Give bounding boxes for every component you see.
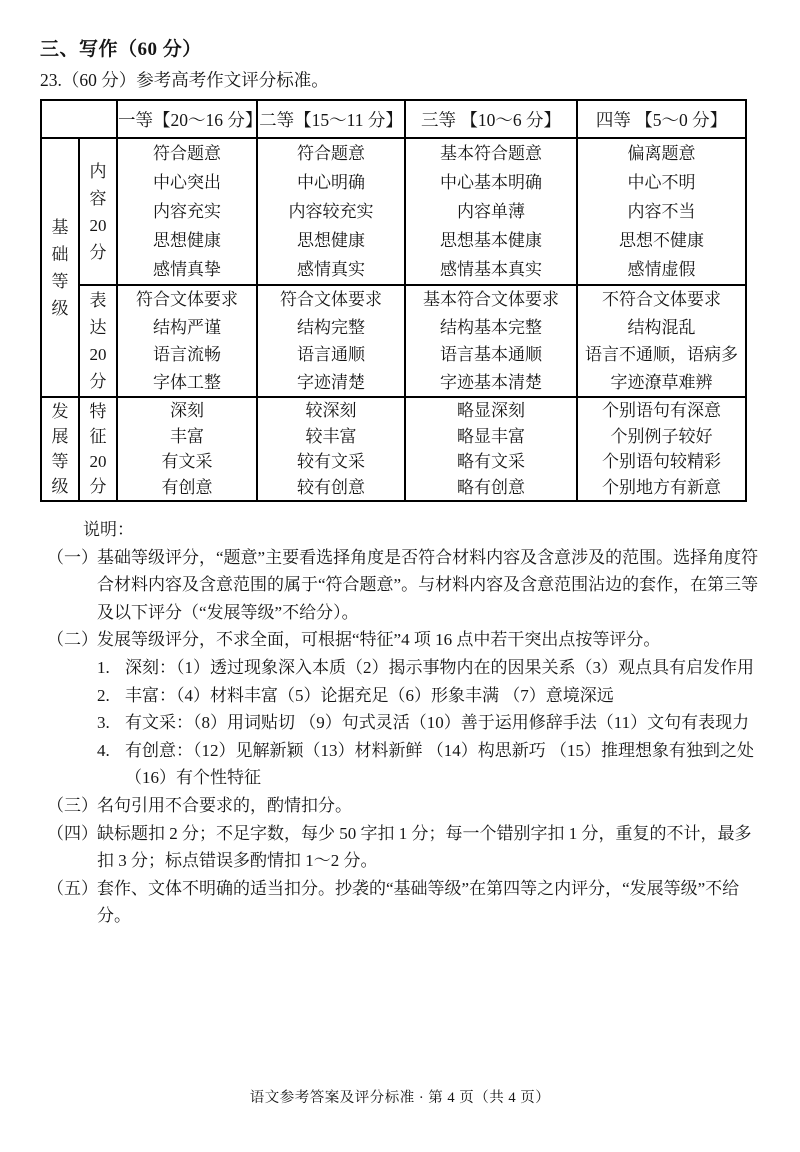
note-text: 套作、文体不明确的适当扣分。抄袭的“基础等级”在第四等之内评分，“发展等级”不给… <box>97 879 739 926</box>
rubric-cell: 符合文体要求 结构完整 语言通顺 字迹清楚 <box>257 285 405 397</box>
question-line: 23.（60 分）参考高考作文评分标准。 <box>40 68 760 92</box>
label-char: 20 <box>80 341 116 368</box>
criteria-line: 感情真挚 <box>118 255 256 284</box>
subnote-text: 丰富：（4）材料丰富（5）论据充足（6）形象丰满 （7）意境深远 <box>125 686 614 705</box>
rubric-cell: 偏离题意 中心不明 内容不当 思想不健康 感情虚假 <box>577 138 746 285</box>
note-item-4: （四）缺标题扣 2 分；不足字数，每少 50 字扣 1 分；每一个错别字扣 1 … <box>47 820 760 875</box>
criteria-line: 字体工整 <box>118 369 256 397</box>
label-char: 表 <box>80 287 116 314</box>
criteria-line: 结构基本完整 <box>406 314 576 342</box>
subnote-item-2: 2. 丰富：（4）材料丰富（5）论据充足（6）形象丰满 （7）意境深远 <box>97 682 760 710</box>
note-item-5: （五）套作、文体不明确的适当扣分。抄袭的“基础等级”在第四等之内评分，“发展等级… <box>47 875 760 930</box>
note-text: 名句引用不合要求的，酌情扣分。 <box>97 796 352 815</box>
criteria-line: 符合文体要求 <box>118 286 256 314</box>
criteria-line: 语言不通顺，语病多 <box>578 341 745 369</box>
criteria-line: 个别地方有新意 <box>578 475 745 501</box>
note-label: （一） <box>47 544 97 572</box>
note-label: （二） <box>47 626 97 654</box>
subnote-item-4: 4. 有创意：（12）见解新颖（13）材料新鲜 （14）构思新巧 （15）推理想… <box>97 737 760 792</box>
criteria-line: 个别语句有深意 <box>578 398 745 424</box>
rubric-row-feature: 发 展 等 级 特 征 20 分 深刻 丰富 有文采 有创意 较深刻 较丰富 较… <box>41 397 746 501</box>
grade-header-3: 三等 【10～6 分】 <box>405 100 577 138</box>
criteria-line: 基本符合题意 <box>406 139 576 168</box>
rubric-cell: 较深刻 较丰富 较有文采 较有创意 <box>257 397 405 501</box>
criteria-line: 结构完整 <box>258 314 404 342</box>
criteria-line: 思想不健康 <box>578 226 745 255</box>
page-footer: 语文参考答案及评分标准 · 第 4 页（共 4 页） <box>0 1086 800 1107</box>
note-item-1: （一）基础等级评分，“题意”主要看选择角度是否符合材料内容及含意涉及的范围。选择… <box>47 544 760 627</box>
sub-label-expression: 表 达 20 分 <box>79 285 117 397</box>
note-item-2: （二）发展等级评分，不求全面，可根据“特征”4 项 16 点中若干突出点按等评分… <box>47 626 760 654</box>
rubric-cell: 深刻 丰富 有文采 有创意 <box>117 397 257 501</box>
criteria-line: 略有文采 <box>406 449 576 475</box>
criteria-line: 字迹基本清楚 <box>406 369 576 397</box>
criteria-line: 略显深刻 <box>406 398 576 424</box>
criteria-line: 思想健康 <box>258 226 404 255</box>
criteria-line: 语言流畅 <box>118 341 256 369</box>
criteria-line: 感情虚假 <box>578 255 745 284</box>
criteria-line: 略有创意 <box>406 475 576 501</box>
criteria-line: 字迹清楚 <box>258 369 404 397</box>
label-char: 20 <box>80 449 116 474</box>
rubric-cell: 符合题意 中心明确 内容较充实 思想健康 感情真实 <box>257 138 405 285</box>
subnote-number: 3. <box>97 709 125 737</box>
criteria-line: 语言通顺 <box>258 341 404 369</box>
notes-heading: 说明： <box>47 516 760 544</box>
rubric-row-content: 基 础 等 级 内 容 20 分 符合题意 中心突出 内容充实 思想健康 感情真… <box>41 138 746 285</box>
criteria-line: 不符合文体要求 <box>578 286 745 314</box>
rubric-header-row: 一等【20～16 分】 二等【15～11 分】 三等 【10～6 分】 四等 【… <box>41 100 746 138</box>
label-char: 等 <box>42 449 78 474</box>
criteria-line: 基本符合文体要求 <box>406 286 576 314</box>
criteria-line: 有创意 <box>118 475 256 501</box>
grade-header-1: 一等【20～16 分】 <box>117 100 257 138</box>
sub-label-content: 内 容 20 分 <box>79 138 117 285</box>
criteria-line: 内容单薄 <box>406 197 576 226</box>
rubric-cell: 不符合文体要求 结构混乱 语言不通顺，语病多 字迹潦草难辨 <box>577 285 746 397</box>
note-label: （五） <box>47 875 97 903</box>
sub-label-feature: 特 征 20 分 <box>79 397 117 501</box>
document-page: 三、写作（60 分） 23.（60 分）参考高考作文评分标准。 一等【20～16… <box>0 0 800 930</box>
criteria-line: 字迹潦草难辨 <box>578 369 745 397</box>
criteria-line: 较深刻 <box>258 398 404 424</box>
criteria-line: 较有文采 <box>258 449 404 475</box>
label-char: 内 <box>80 158 116 185</box>
criteria-line: 语言基本通顺 <box>406 341 576 369</box>
criteria-line: 思想健康 <box>118 226 256 255</box>
group-label-basic: 基 础 等 级 <box>41 138 79 397</box>
label-char: 分 <box>80 474 116 499</box>
criteria-line: 中心基本明确 <box>406 168 576 197</box>
label-char: 发 <box>42 399 78 424</box>
criteria-line: 中心突出 <box>118 168 256 197</box>
corner-cell <box>41 100 117 138</box>
subnote-number: 1. <box>97 654 125 682</box>
criteria-line: 深刻 <box>118 398 256 424</box>
rubric-cell: 基本符合题意 中心基本明确 内容单薄 思想基本健康 感情基本真实 <box>405 138 577 285</box>
label-char: 征 <box>80 424 116 449</box>
criteria-line: 中心不明 <box>578 168 745 197</box>
criteria-line: 偏离题意 <box>578 139 745 168</box>
criteria-line: 符合文体要求 <box>258 286 404 314</box>
note-label: （四） <box>47 820 97 848</box>
label-char: 展 <box>42 424 78 449</box>
section-title: 三、写作（60 分） <box>40 38 760 62</box>
label-char: 级 <box>42 474 78 499</box>
rubric-cell: 略显深刻 略显丰富 略有文采 略有创意 <box>405 397 577 501</box>
note-item-3: （三）名句引用不合要求的，酌情扣分。 <box>47 792 760 820</box>
rubric-cell: 符合题意 中心突出 内容充实 思想健康 感情真挚 <box>117 138 257 285</box>
criteria-line: 内容较充实 <box>258 197 404 226</box>
subnote-item-1: 1. 深刻：（1）透过现象深入本质（2）揭示事物内在的因果关系（3）观点具有启发… <box>97 654 760 682</box>
criteria-line: 感情真实 <box>258 255 404 284</box>
rubric-table: 一等【20～16 分】 二等【15～11 分】 三等 【10～6 分】 四等 【… <box>40 99 747 502</box>
grade-header-2: 二等【15～11 分】 <box>257 100 405 138</box>
label-char: 20 <box>80 212 116 239</box>
label-char: 基 <box>42 214 78 241</box>
rubric-cell: 符合文体要求 结构严谨 语言流畅 字体工整 <box>117 285 257 397</box>
criteria-line: 个别语句较精彩 <box>578 449 745 475</box>
rubric-cell: 基本符合文体要求 结构基本完整 语言基本通顺 字迹基本清楚 <box>405 285 577 397</box>
label-char: 达 <box>80 314 116 341</box>
rubric-cell: 个别语句有深意 个别例子较好 个别语句较精彩 个别地方有新意 <box>577 397 746 501</box>
grade-header-4: 四等 【5～0 分】 <box>577 100 746 138</box>
criteria-line: 内容充实 <box>118 197 256 226</box>
criteria-line: 符合题意 <box>118 139 256 168</box>
note-text: 基础等级评分，“题意”主要看选择角度是否符合材料内容及含意涉及的范围。选择角度符… <box>97 548 758 622</box>
subnote-number: 2. <box>97 682 125 710</box>
subnote-text: 有创意：（12）见解新颖（13）材料新鲜 （14）构思新巧 （15）推理想象有独… <box>125 741 754 788</box>
criteria-line: 感情基本真实 <box>406 255 576 284</box>
criteria-line: 丰富 <box>118 424 256 450</box>
group-label-development: 发 展 等 级 <box>41 397 79 501</box>
label-char: 特 <box>80 399 116 424</box>
subnote-item-3: 3. 有文采：（8）用词贴切 （9）句式灵活（10）善于运用修辞手法（11）文句… <box>97 709 760 737</box>
note-text: 发展等级评分，不求全面，可根据“特征”4 项 16 点中若干突出点按等评分。 <box>97 630 660 649</box>
criteria-line: 结构严谨 <box>118 314 256 342</box>
criteria-line: 中心明确 <box>258 168 404 197</box>
rubric-row-expression: 表 达 20 分 符合文体要求 结构严谨 语言流畅 字体工整 符合文体要求 结构… <box>41 285 746 397</box>
label-char: 容 <box>80 185 116 212</box>
criteria-line: 符合题意 <box>258 139 404 168</box>
criteria-line: 略显丰富 <box>406 424 576 450</box>
label-char: 分 <box>80 368 116 395</box>
criteria-line: 思想基本健康 <box>406 226 576 255</box>
note-text: 缺标题扣 2 分；不足字数，每少 50 字扣 1 分；每一个错别字扣 1 分，重… <box>97 824 752 871</box>
criteria-line: 较有创意 <box>258 475 404 501</box>
label-char: 等 <box>42 268 78 295</box>
label-char: 分 <box>80 239 116 266</box>
note-label: （三） <box>47 792 97 820</box>
subnote-text: 有文采：（8）用词贴切 （9）句式灵活（10）善于运用修辞手法（11）文句有表现… <box>125 713 749 732</box>
subnote-number: 4. <box>97 737 125 765</box>
criteria-line: 结构混乱 <box>578 314 745 342</box>
criteria-line: 个别例子较好 <box>578 424 745 450</box>
notes-section: 说明： （一）基础等级评分，“题意”主要看选择角度是否符合材料内容及含意涉及的范… <box>47 516 760 930</box>
subnote-text: 深刻：（1）透过现象深入本质（2）揭示事物内在的因果关系（3）观点具有启发作用 <box>125 658 754 677</box>
criteria-line: 较丰富 <box>258 424 404 450</box>
criteria-line: 有文采 <box>118 449 256 475</box>
label-char: 础 <box>42 241 78 268</box>
criteria-line: 内容不当 <box>578 197 745 226</box>
label-char: 级 <box>42 295 78 322</box>
